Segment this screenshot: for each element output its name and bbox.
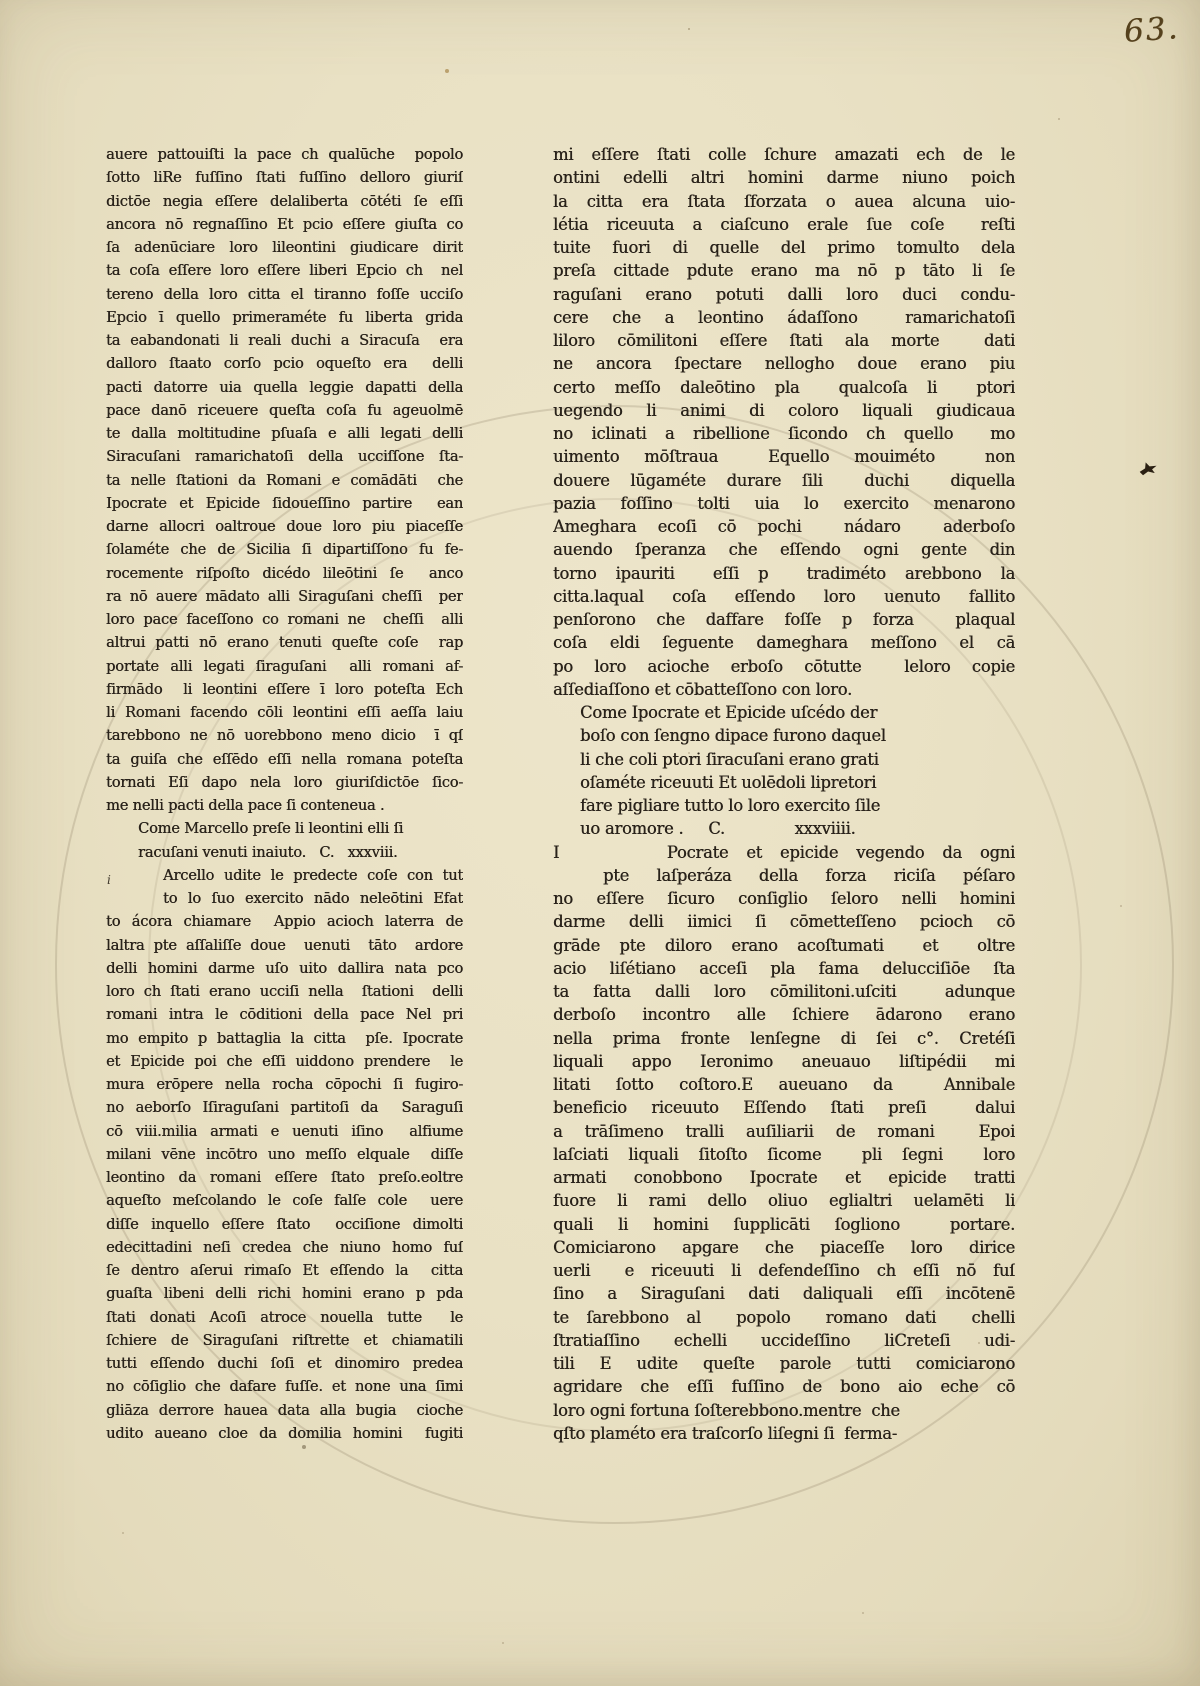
text-line: tereno della loro citta el tiranno foſſe… bbox=[106, 283, 463, 306]
margin-guide-mark: i bbox=[107, 873, 111, 887]
text-line: liloro cōmilitoni eſſere ſtati ala morte… bbox=[553, 329, 1015, 352]
text-line: portate alli legati ſiraguſani alli roma… bbox=[106, 655, 463, 678]
text-line: te dalla moltitudine pſuaſa e alli legat… bbox=[106, 422, 463, 445]
text-line: ſa adenūciare loro lileontini giudicare … bbox=[106, 236, 463, 259]
text-line: coſa eldi ſeguente dameghara meſſono el … bbox=[553, 631, 1015, 654]
text-line: ra nō auere mādato alli Siraguſani cheſſ… bbox=[106, 585, 463, 608]
text-line: agridare che eſſi fuſſino de bono aio ec… bbox=[553, 1375, 1015, 1398]
text-line: diſſe inquello eſſere ſtato occiſione di… bbox=[106, 1213, 463, 1236]
text-line: tornati Eſi dapo nela loro giuriſdictōe … bbox=[106, 771, 463, 794]
text-line: delli homini darme uſo uito dallira nata… bbox=[106, 957, 463, 980]
text-line: boſo con ſengno dipace furono daquel bbox=[553, 724, 1015, 747]
text-line: rocemente riſpoſto dicédo lileōtini ſe a… bbox=[106, 562, 463, 585]
text-line: li Romani facendo cōli leontini eſſi aeſ… bbox=[106, 701, 463, 724]
text-line: to lo ſuo exercito nādo neleōtini Efat bbox=[106, 887, 463, 910]
text-line: fare pigliare tutto lo loro exercito ſil… bbox=[553, 794, 1015, 817]
text-line: Comiciarono apgare che piaceſſe loro dir… bbox=[553, 1236, 1015, 1259]
text-line: firmādo li leontini eſſere ī loro poteſt… bbox=[106, 678, 463, 701]
text-line: cere che a leontino ádaſſono ramarichato… bbox=[553, 306, 1015, 329]
text-line: ſino a Siraguſani dati daliquali eſſi in… bbox=[553, 1282, 1015, 1305]
text-line: milani vēne incōtro uno meſſo elquale di… bbox=[106, 1143, 463, 1166]
text-line: laſciati liquali ſitoſto ſicome pli ſegn… bbox=[553, 1143, 1015, 1166]
text-line: mi eſſere ſtati colle ſchure amazati ech… bbox=[553, 143, 1015, 166]
text-line: I Pocrate et epicide vegendo da ogni bbox=[553, 841, 1015, 864]
text-line: po loro acioche erboſo cōtutte leloro co… bbox=[553, 655, 1015, 678]
text-line: cō viii.milia armati e uenuti iſino alfi… bbox=[106, 1120, 463, 1143]
text-line: ta coſa eſſere loro eſſere liberi Epcio … bbox=[106, 259, 463, 282]
text-line: fuore li rami dello oliuo eglialtri uela… bbox=[553, 1189, 1015, 1212]
text-line: Ipocrate et Epicide ſidoueſſino partire … bbox=[106, 492, 463, 515]
text-line: tarebbono ne nō uorebbono meno dicio ī q… bbox=[106, 724, 463, 747]
text-line: laltra pte aſſaliſſe doue uenuti tāto ar… bbox=[106, 934, 463, 957]
text-line: armati conobbono Ipocrate et epicide tra… bbox=[553, 1166, 1015, 1189]
text-line: certo meſſo daleōtino pla qualcoſa li pt… bbox=[553, 376, 1015, 399]
text-line: leontino da romani eſſere ſtato preſo.eo… bbox=[106, 1166, 463, 1189]
book-page: 63. auere pattouiſti la pace ch qualūche… bbox=[0, 0, 1200, 1686]
text-line: Siracuſani ramarichatoſi della ucciſſone… bbox=[106, 445, 463, 468]
text-line: uegendo li animi di coloro liquali giudi… bbox=[553, 399, 1015, 422]
text-line: uo aromore . C. xxxviiii. bbox=[553, 817, 1015, 840]
text-line: acio liſétiano acceſi pla fama delucciſi… bbox=[553, 957, 1015, 980]
text-line: gliāza derrore hauea data alla bugia cio… bbox=[106, 1399, 463, 1422]
text-line: ancora nō regnaſſino Et pcio eſſere giuſ… bbox=[106, 213, 463, 236]
text-line: auere pattouiſti la pace ch qualūche pop… bbox=[106, 143, 463, 166]
text-line: ſchiere de Siraguſani riſtrette et chiam… bbox=[106, 1329, 463, 1352]
text-line: loro pace faceſſono co romani ne cheſſi … bbox=[106, 608, 463, 631]
text-line: douere lūgaméte durare ſili duchi diquel… bbox=[553, 469, 1015, 492]
text-line: no cōſiglio che dafare fuſſe. et none un… bbox=[106, 1375, 463, 1398]
text-line: uerli e riceuuti li defendeſſino ch eſſi… bbox=[553, 1259, 1015, 1282]
text-line: dalloro ſtaato corſo pcio oqueſto era de… bbox=[106, 352, 463, 375]
paper-specks bbox=[0, 0, 2, 2]
ink-blot bbox=[1137, 460, 1158, 478]
text-line: ontini edelli altri homini darme niuno p… bbox=[553, 166, 1015, 189]
page-number: 63. bbox=[1123, 10, 1181, 50]
text-line: guaſta libeni delli richi homini erano p… bbox=[106, 1282, 463, 1305]
text-line: loro ogni fortuna ſoſterebbono.mentre ch… bbox=[553, 1399, 1015, 1422]
text-line: udito aueano cloe da domilia homini fugi… bbox=[106, 1422, 463, 1445]
text-line: ſtati donati Acoſi atroce nouella tutte … bbox=[106, 1306, 463, 1329]
text-line: quali li homini ſupplicāti ſogliono port… bbox=[553, 1213, 1015, 1236]
text-line: Epcio ī quello primeraméte fu liberta gr… bbox=[106, 306, 463, 329]
text-line: aſſediaſſono et cōbatteſſono con loro. bbox=[553, 678, 1015, 701]
text-line: Come Marcello preſe li leontini elli ſi bbox=[106, 817, 463, 840]
text-line: mura erōpere nella rocha cōpochi ſi fugi… bbox=[106, 1073, 463, 1096]
text-line: derboſo incontro alle ſchiere ādarono er… bbox=[553, 1003, 1015, 1026]
text-line: te ſarebbono al popolo romano dati chell… bbox=[553, 1306, 1015, 1329]
text-line: edecittadini neſi credea che niuno homo … bbox=[106, 1236, 463, 1259]
text-line: ta guiſa che eſſēdo eſſi nella romana po… bbox=[106, 748, 463, 771]
text-line: no eſſere ſicuro conſiglio ſeloro nelli … bbox=[553, 887, 1015, 910]
text-line: darne allocri oaltroue doue loro piu pia… bbox=[106, 515, 463, 538]
text-line: a trāſimeno tralli auſiliarii de romani … bbox=[553, 1120, 1015, 1143]
text-line: romani intra le cōditioni della pace Nel… bbox=[106, 1003, 463, 1026]
text-line: beneficio riceuuto Eſſendo ſtati preſi d… bbox=[553, 1096, 1015, 1119]
text-line: liquali appo Ieronimo aneuauo liſtipédii… bbox=[553, 1050, 1015, 1073]
text-line: pace danō riceuere queſta coſa fu ageuol… bbox=[106, 399, 463, 422]
text-line: dictōe negia eſſere delaliberta cōtéti ſ… bbox=[106, 190, 463, 213]
text-line: no aeborſo Iſiraguſani partitoſi da Sara… bbox=[106, 1096, 463, 1119]
text-line: pacti datorre uia quella leggie dapatti … bbox=[106, 376, 463, 399]
text-line: pazia foſſino tolti uia lo exercito mena… bbox=[553, 492, 1015, 515]
text-line: preſa cittade pdute erano ma nō p tāto l… bbox=[553, 259, 1015, 282]
text-line: qſto plaméto era traſcorſo liſegni ſi fe… bbox=[553, 1422, 1015, 1445]
text-line: Arcello udite le predecte coſe con tut bbox=[106, 864, 463, 887]
text-line: Ameghara ecoſi cō pochi nádaro aderboſo bbox=[553, 515, 1015, 538]
left-text-column: auere pattouiſti la pace ch qualūche pop… bbox=[106, 143, 463, 1445]
right-text-column: mi eſſere ſtati colle ſchure amazati ech… bbox=[553, 143, 1015, 1445]
text-line: racuſani venuti inaiuto. C. xxxviii. bbox=[106, 841, 463, 864]
text-line: li che coli ptori ſiracuſani erano grati bbox=[553, 748, 1015, 771]
text-line: ta nelle ſtationi da Romani e comādāti c… bbox=[106, 469, 463, 492]
text-line: létia riceuuta a ciaſcuno erale ſue coſe… bbox=[553, 213, 1015, 236]
text-line: altrui patti nō erano tenuti queſte coſe… bbox=[106, 631, 463, 654]
text-line: ta fatta dalli loro cōmilitoni.uſciti ad… bbox=[553, 980, 1015, 1003]
text-line: aqueſto meſcolando le coſe falſe cole ue… bbox=[106, 1189, 463, 1212]
text-line: grāde pte diloro erano acoſtumati et olt… bbox=[553, 934, 1015, 957]
text-line: raguſani erano potuti dalli loro duci co… bbox=[553, 283, 1015, 306]
text-line: oſaméte riceuuti Et uolēdoli lipretori bbox=[553, 771, 1015, 794]
text-line: ſtratiaſſino echelli uccideſſino liCrete… bbox=[553, 1329, 1015, 1352]
text-line: ſe dentro aſerui rimaſo Et eſſendo la ci… bbox=[106, 1259, 463, 1282]
text-line: to ácora chiamare Appio acioch laterra d… bbox=[106, 910, 463, 933]
text-line: me nelli pacti della pace ſi conteneua . bbox=[106, 794, 463, 817]
text-line: nella prima fronte lenſegne di ſei c°. C… bbox=[553, 1027, 1015, 1050]
text-line: loro ch ſtati erano ucciſi nella ſtation… bbox=[106, 980, 463, 1003]
text-line: auendo ſperanza che eſſendo ogni gente d… bbox=[553, 538, 1015, 561]
text-line: pte laſperáza della forza riciſa péſaro bbox=[553, 864, 1015, 887]
text-line: torno ipauriti eſſi p tradiméto arebbono… bbox=[553, 562, 1015, 585]
text-line: ſolaméte che de Sicilia ſi dipartiſſono … bbox=[106, 538, 463, 561]
text-line: no iclinati a ribellione ſicondo ch quel… bbox=[553, 422, 1015, 445]
text-line: ta eabandonati li reali duchi a Siracuſa… bbox=[106, 329, 463, 352]
text-line: citta.laqual coſa eſſendo loro uenuto fa… bbox=[553, 585, 1015, 608]
text-line: uimento mōſtraua Equello mouiméto non bbox=[553, 445, 1015, 468]
text-line: tili E udite queſte parole tutti comicia… bbox=[553, 1352, 1015, 1375]
text-line: Come Ipocrate et Epicide uſcédo der bbox=[553, 701, 1015, 724]
text-line: et Epicide poi che eſſi uiddono prendere… bbox=[106, 1050, 463, 1073]
text-line: penſorono che daffare foſſe p forza plaq… bbox=[553, 608, 1015, 631]
text-line: ſotto liRe fuſſino ſtati fuſſino delloro… bbox=[106, 166, 463, 189]
text-line: mo empito p battaglia la citta pſe. Ipoc… bbox=[106, 1027, 463, 1050]
text-line: darme delli iimici ſi cōmetteſſeno pcioc… bbox=[553, 910, 1015, 933]
text-line: tuite fuori di quelle del primo tomulto … bbox=[553, 236, 1015, 259]
text-line: litati ſotto coſtoro.E aueuano da Anniba… bbox=[553, 1073, 1015, 1096]
text-line: la citta era ſtata ſforzata o auea alcun… bbox=[553, 190, 1015, 213]
text-line: tutti eſſendo duchi ſoſi et dinomiro pre… bbox=[106, 1352, 463, 1375]
text-line: ne ancora ſpectare nellogho doue erano p… bbox=[553, 352, 1015, 375]
